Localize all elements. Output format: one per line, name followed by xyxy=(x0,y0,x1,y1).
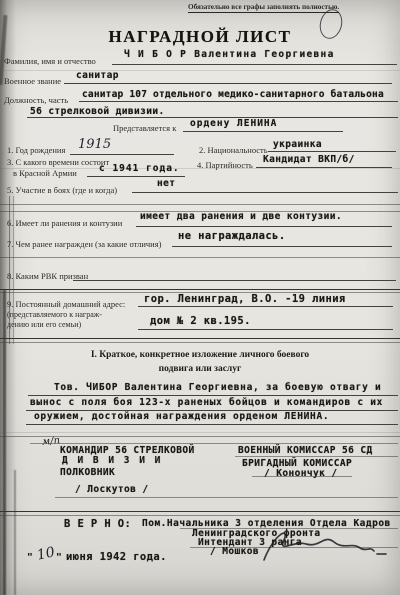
statement-heading-line2: подвига или заслуг xyxy=(0,364,400,374)
q9-label-line3: дению или его семьи) xyxy=(7,320,81,329)
date-close-quote: " xyxy=(56,552,62,563)
statement-rule xyxy=(26,424,398,425)
blank-rule xyxy=(0,257,400,258)
statement-line3: оружием, достойная награждения орденом Л… xyxy=(34,411,329,422)
signature-rule xyxy=(55,497,398,498)
rank-field-value: санитар xyxy=(76,70,119,81)
field-underline xyxy=(183,131,343,132)
q5-label: 5. Участие в боях (где и когда) xyxy=(7,185,117,195)
field-underline xyxy=(132,192,398,193)
date-text: июня 1942 года. xyxy=(66,551,167,563)
q1-label: 1. Год рождения xyxy=(7,145,65,155)
field-underline xyxy=(112,64,397,65)
statement-heading-line1: I. Краткое, конкретное изложение личного… xyxy=(0,350,400,360)
q9-value-line2: дом № 2 кв.195. xyxy=(150,315,251,327)
signature-rule xyxy=(30,443,398,444)
commander-title-line2: Д И В И З И И xyxy=(62,455,162,466)
signature xyxy=(258,524,388,572)
field-underline xyxy=(64,83,392,84)
position-field-value-line1: санитар 107 отдельного медико-санитарног… xyxy=(82,89,384,100)
verno-label: В Е Р Н О: xyxy=(64,518,131,530)
q3-value: с 1941 года. xyxy=(99,163,180,174)
commander-rank: ПОЛКОВНИК xyxy=(60,467,115,478)
section-divider xyxy=(0,511,400,512)
section-divider xyxy=(0,289,400,290)
signature-rule xyxy=(235,456,398,457)
q3-label-line2: в Красной Армии xyxy=(13,168,77,178)
q6-value: имеет два ранения и две контузии. xyxy=(140,211,342,222)
commissar-name: / Конончук / xyxy=(264,468,337,479)
name-field-value: Ч И Б О Р Валентина Георгиевна xyxy=(124,49,335,60)
field-underline xyxy=(138,306,393,307)
field-underline xyxy=(172,246,392,247)
q5-value: нет xyxy=(157,178,175,189)
certifier-name: / Мошков xyxy=(210,546,259,557)
q1-value-handwritten: 1915 xyxy=(78,137,111,152)
q7-value: не награждалась. xyxy=(178,230,286,242)
scan-noise-line xyxy=(0,70,400,71)
field-underline xyxy=(138,329,393,330)
q7-label: 7. Чем ранее награжден (за какие отличия… xyxy=(7,239,161,249)
date-open-quote: " xyxy=(27,552,33,563)
q9-value-line1: гор. Ленинград, В.О. -19 линия xyxy=(144,293,346,305)
rank-field-label: Военное звание xyxy=(4,76,61,86)
field-underline xyxy=(268,151,396,152)
scan-noise-line xyxy=(0,432,400,433)
binding-streak xyxy=(3,290,6,595)
section-divider xyxy=(0,342,400,343)
field-underline xyxy=(256,167,392,168)
top-instruction-note: Обязательно все графы заполнять полность… xyxy=(188,3,339,13)
field-underline xyxy=(136,226,392,227)
binding-streak xyxy=(14,470,16,595)
document-title: НАГРАДНОЙ ЛИСТ xyxy=(0,27,400,47)
nominated-label: Представляется к xyxy=(113,123,176,133)
q9-label-line2: (представляемого к награж- xyxy=(7,310,102,319)
blank-rule xyxy=(0,204,400,205)
position-field-label: Должность, часть xyxy=(4,95,68,105)
blank-rule xyxy=(0,436,400,437)
date-day-handwritten: 10 xyxy=(36,544,57,563)
statement-line1: Тов. ЧИБОР Валентина Георгиевна, за боев… xyxy=(54,382,381,393)
field-underline xyxy=(70,154,174,155)
award-sheet-document: Обязательно все графы заполнять полность… xyxy=(0,0,400,595)
q4-value: Кандидат ВКП/б/ xyxy=(263,154,355,165)
field-underline xyxy=(73,280,396,281)
q6-label: 6. Имеет ли ранения и контузии xyxy=(7,218,122,228)
q2-value: украинка xyxy=(273,139,322,150)
field-underline xyxy=(87,176,185,177)
strike-rule xyxy=(252,476,352,477)
name-field-label: Фамилия, имя и отчество xyxy=(4,56,96,66)
position-field-value-line2: 56 стрелковой дивизии. xyxy=(30,106,165,117)
section-divider xyxy=(0,338,400,339)
section-divider xyxy=(0,515,400,516)
q2-label: 2. Национальность xyxy=(199,145,268,155)
statement-rule xyxy=(28,395,398,396)
q4-label: 4. Партийность xyxy=(197,160,253,170)
q3-label-line1: 3. С какого времени состоит xyxy=(7,157,109,167)
q9-label-line1: 9. Постоянный домашний адрес: xyxy=(7,299,125,309)
hand-mark: м/п xyxy=(41,435,60,448)
commander-name: / Лоскутов / xyxy=(75,484,148,495)
nominated-value: ордену ЛЕНИНА xyxy=(190,118,277,129)
statement-line2: вынос с поля боя 123-х раненых бойцов и … xyxy=(30,397,383,408)
commissar-title-line1: ВОЕННЫЙ КОМИССАР 56 СД xyxy=(238,445,373,456)
field-underline xyxy=(79,101,398,102)
